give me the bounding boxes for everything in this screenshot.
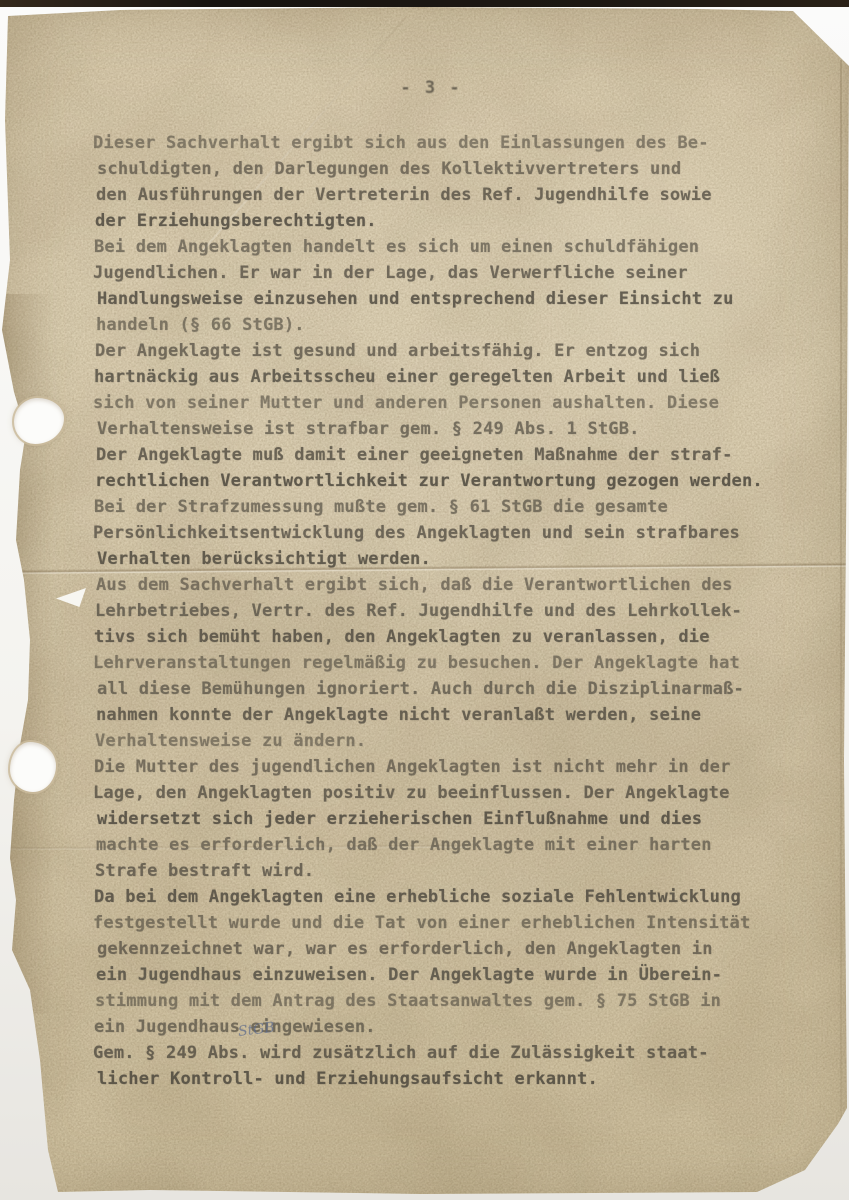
text-line: sich von seiner Mutter und anderen Perso… [93, 390, 773, 416]
text-line: rechtlichen Verantwortlichkeit zur Veran… [95, 468, 775, 494]
scanner-edge-strip [0, 0, 849, 7]
page-number: - 3 - [95, 78, 767, 98]
text-line: Die Mutter des jugendlichen Angeklagten … [94, 754, 774, 780]
text-line: gekennzeichnet war, war es erforderlich,… [97, 936, 777, 962]
text-line: Strafe bestraft wird. [95, 858, 775, 884]
text-line: stimmung mit dem Antrag des Staatsanwalt… [95, 988, 775, 1014]
text-line: Bei dem Angeklagten handelt es sich um e… [94, 234, 774, 260]
text-line: den Ausführungen der Vertreterin des Ref… [96, 182, 776, 208]
text-line: Aus dem Sachverhalt ergibt sich, daß die… [96, 572, 776, 598]
paragraph: Da bei dem Angeklagten eine erhebliche s… [95, 884, 775, 1040]
paragraph: Dieser Sachverhalt ergibt sich aus den E… [95, 130, 775, 234]
text-line: schuldigten, den Darlegungen des Kollekt… [97, 156, 777, 182]
text-line: nahmen konnte der Angeklagte nicht veran… [96, 702, 776, 728]
text-line: Da bei dem Angeklagten eine erhebliche s… [94, 884, 774, 910]
text-line: Verhalten berücksichtigt werden. [97, 546, 777, 572]
text-line: hartnäckig aus Arbeitsscheu einer gerege… [94, 364, 774, 390]
text-line: Dieser Sachverhalt ergibt sich aus den E… [93, 130, 773, 156]
typed-text: Dieser Sachverhalt ergibt sich aus den E… [95, 130, 775, 1092]
scanned-document-image: - 3 - Dieser Sachverhalt ergibt sich aus… [0, 0, 849, 1200]
paragraph: Aus dem Sachverhalt ergibt sich, daß die… [95, 572, 775, 754]
paragraph: Gem. § 249 Abs. wird zusätzlich auf die … [95, 1040, 775, 1092]
text-line: Gem. § 249 Abs. wird zusätzlich auf die … [93, 1040, 773, 1066]
text-line: ein Jugendhaus eingewiesen. [94, 1014, 774, 1040]
text-line: widersetzt sich jeder erzieherischen Ein… [97, 806, 777, 832]
text-line: tivs sich bemüht haben, den Angeklagten … [94, 624, 774, 650]
text-line: ein Jugendhaus einzuweisen. Der Angeklag… [96, 962, 776, 988]
text-line: festgestellt wurde und die Tat von einer… [93, 910, 773, 936]
text-line: Lehrbetriebes, Vertr. des Ref. Jugendhil… [95, 598, 775, 624]
text-line: Bei der Strafzumessung mußte gem. § 61 S… [94, 494, 774, 520]
text-line: machte es erforderlich, daß der Angeklag… [96, 832, 776, 858]
text-line: Persönlichkeitsentwicklung des Angeklagt… [93, 520, 773, 546]
paragraph: Die Mutter des jugendlichen Angeklagten … [95, 754, 775, 884]
text-line: Verhaltensweise ist strafbar gem. § 249 … [97, 416, 777, 442]
text-line: Handlungsweise einzusehen und entspreche… [97, 286, 777, 312]
text-line: all diese Bemühungen ignoriert. Auch dur… [97, 676, 777, 702]
text-line: Der Angeklagte muß damit einer geeignete… [96, 442, 776, 468]
text-line: Jugendlichen. Er war in der Lage, das Ve… [93, 260, 773, 286]
paragraph: Der Angeklagte muß damit einer geeignete… [95, 442, 775, 572]
text-line: Der Angeklagte ist gesund und arbeitsfäh… [95, 338, 775, 364]
text-line: Lehrveranstaltungen regelmäßig zu besuch… [93, 650, 773, 676]
text-line: Verhaltensweise zu ändern. [95, 728, 775, 754]
text-line: der Erziehungsberechtigten. [95, 208, 775, 234]
document-page: - 3 - Dieser Sachverhalt ergibt sich aus… [0, 4, 849, 1200]
paragraph: Der Angeklagte ist gesund und arbeitsfäh… [95, 338, 775, 442]
text-line: Lage, den Angeklagten positiv zu beeinfl… [93, 780, 773, 806]
text-line: licher Kontroll- und Erziehungsaufsicht … [97, 1066, 777, 1092]
text-line: handeln (§ 66 StGB). [96, 312, 776, 338]
paragraph: Bei dem Angeklagten handelt es sich um e… [95, 234, 775, 338]
